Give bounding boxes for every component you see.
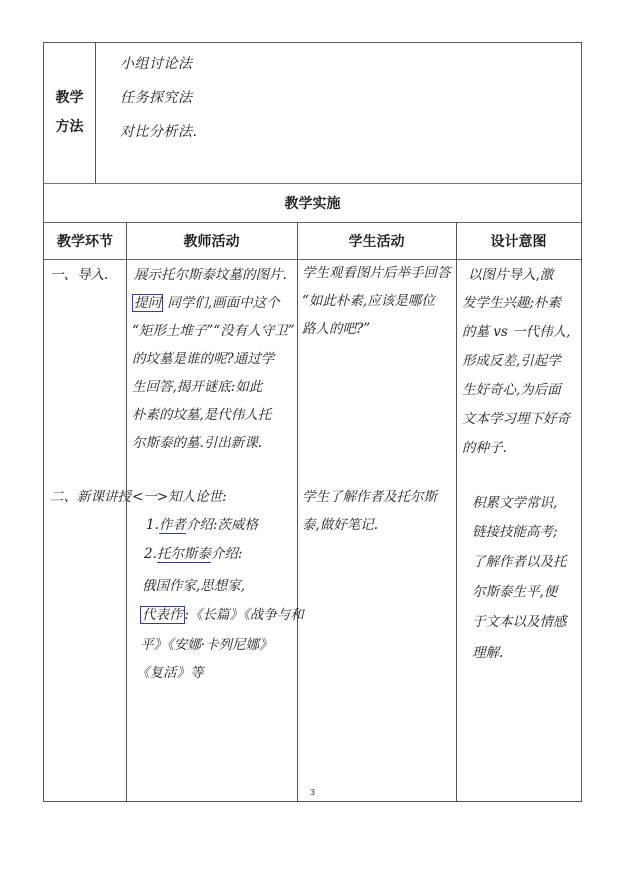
column-divider xyxy=(456,223,457,801)
text-line: 展示托尔斯泰坟墓的图片. xyxy=(134,261,287,290)
teaching-method-content: 小组讨论法 任务探究法 对比分析法. xyxy=(96,43,581,183)
text-line: 尔斯泰生平,便 xyxy=(472,578,557,607)
text-line: 1.作者介绍:茨威格 xyxy=(146,511,258,540)
text-line: 尔斯泰的墓.引出新课. xyxy=(132,429,262,458)
underlined-keyword: 作者 xyxy=(159,517,186,534)
boxed-keyword-works: 代表作 xyxy=(140,606,185,624)
text-line: 了解作者以及托 xyxy=(472,548,567,577)
stage-new-lesson: 二、新课讲授 xyxy=(50,483,131,512)
text-fragment: :《长篇》《战争与和 xyxy=(185,607,304,623)
lesson-plan-page: 教学 方法 小组讨论法 任务探究法 对比分析法. 教学实施 教学环节 教师活动 … xyxy=(0,0,632,895)
text-line: 发学生兴趣;朴素 xyxy=(462,289,561,318)
teaching-method-label: 教学 方法 xyxy=(44,43,96,183)
header-stage: 教学环节 xyxy=(44,223,126,259)
text-line: 的坟墓是谁的呢?通过学 xyxy=(132,345,274,374)
boxed-keyword-question: 提问 xyxy=(132,294,163,312)
text-line: 朴素的坟墓,是代伟人托 xyxy=(132,401,271,430)
text-line: 学生了解作者及托尔斯 xyxy=(302,483,437,512)
method-label-line2: 方法 xyxy=(56,113,84,142)
column-header-row: 教学环节 教师活动 学生活动 设计意图 xyxy=(44,223,581,260)
lesson-plan-table: 教学 方法 小组讨论法 任务探究法 对比分析法. 教学实施 教学环节 教师活动 … xyxy=(43,42,582,802)
text-line: 的墓 vs 一代伟人, xyxy=(462,318,570,347)
method-item: 任务探究法 xyxy=(120,87,193,107)
text-line: 生回答,揭开谜底:如此 xyxy=(132,373,262,402)
text-line: 平》《安娜·卡列尼娜》 xyxy=(140,631,273,660)
text-line: 学生观看图片后举手回答 xyxy=(302,259,451,288)
text-fragment: 同学们,画面中这个 xyxy=(167,295,279,311)
page-number: 3 xyxy=(310,788,315,797)
text-line: 路人的吧?” xyxy=(302,315,370,344)
implementation-title: 教学实施 xyxy=(44,184,581,223)
underlined-keyword: 托尔斯泰 xyxy=(157,546,211,563)
text-fragment: 1. xyxy=(146,517,159,533)
text-line: 链接技能高考; xyxy=(472,518,558,547)
text-fragment: 介绍: xyxy=(211,546,243,562)
header-student-activity: 学生活动 xyxy=(297,223,456,259)
text-line: <一>知人论世: xyxy=(132,483,227,512)
text-line: 2.托尔斯泰介绍: xyxy=(144,540,242,569)
column-divider xyxy=(297,223,298,801)
text-line: 俄国作家,思想家, xyxy=(142,572,245,601)
text-line: “如此朴素,应该是哪位 xyxy=(302,287,435,316)
method-label-line1: 教学 xyxy=(56,84,84,113)
teaching-method-row: 教学 方法 小组讨论法 任务探究法 对比分析法. xyxy=(44,43,581,184)
header-design-intent: 设计意图 xyxy=(456,223,581,259)
text-line: 积累文学常识, xyxy=(472,489,557,518)
text-line: 《复活》等 xyxy=(136,659,204,688)
stage-introduction: 一、导入. xyxy=(50,261,108,290)
method-item: 小组讨论法 xyxy=(120,53,193,73)
text-line: 泰,做好笔记. xyxy=(302,511,378,540)
text-line: 以图片导入,激 xyxy=(468,261,553,290)
text-fragment: 介绍:茨威格 xyxy=(186,517,258,533)
text-line: 代表作:《长篇》《战争与和 xyxy=(140,601,304,630)
text-line: 提问 同学们,画面中这个 xyxy=(132,289,280,318)
text-line: 的种子. xyxy=(462,434,507,463)
method-item: 对比分析法. xyxy=(120,121,197,141)
text-line: 于文本以及情感 xyxy=(472,608,567,637)
text-line: 形成反差,引起学 xyxy=(462,347,561,376)
text-line: “矩形土堆子”“没有人守卫” xyxy=(132,317,295,346)
header-teacher-activity: 教师活动 xyxy=(126,223,297,259)
column-divider xyxy=(126,223,127,801)
text-line: 生好奇心,为后面 xyxy=(462,376,561,405)
text-line: 文本学习埋下好奇 xyxy=(462,405,570,434)
text-fragment: 2. xyxy=(144,546,157,562)
text-line: 理解. xyxy=(472,639,503,668)
